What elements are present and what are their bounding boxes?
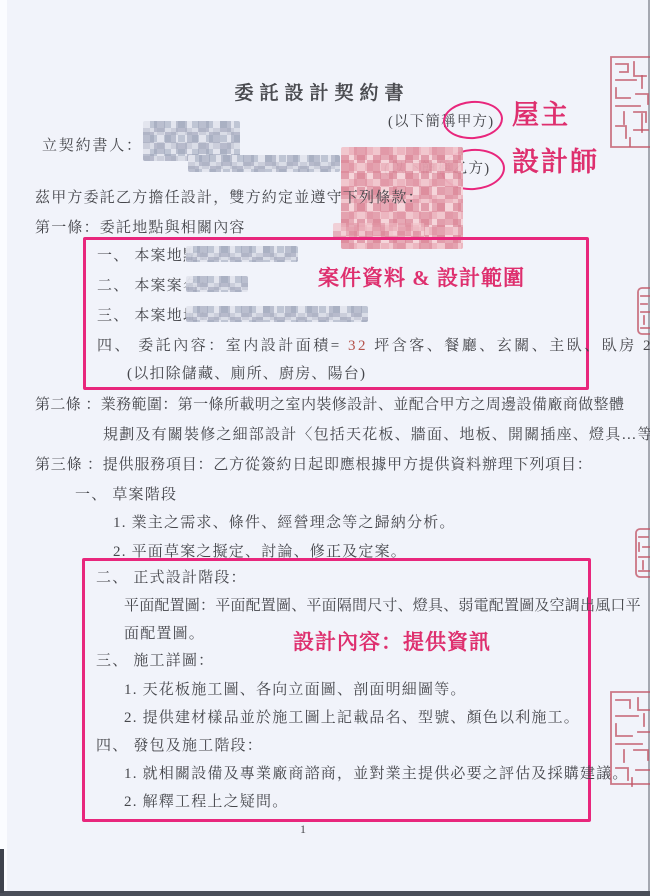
clause2-line1: 第二條 ：業務範圍：第一條所載明之室内裝修設計、並配合甲方之周邊設備廠商做整體 — [35, 396, 624, 415]
clause3-line1: 第三條 ：提供服務項目：乙方從簽約日起即應根據甲方提供資料辦理下列項目： — [35, 456, 593, 475]
clause3-stage3-item1: 1. 天花板施工圖、各向立面圖、剖面明細圖等。 — [124, 681, 467, 700]
party-b-handwritten-note: 設計師 — [512, 146, 599, 180]
redacted-case-name-mosaic — [186, 276, 248, 292]
redacted-address-mosaic — [186, 306, 368, 322]
contractor-label: 立契約書人： — [42, 137, 143, 156]
clause3-stage3-item2: 2. 提供建材樣品並於施工圖上記載品名、型號、顏色以利施工。 — [124, 709, 580, 728]
seal-stamp-icon — [634, 527, 650, 579]
page-number: 1 — [300, 822, 306, 837]
scan-bottom-edge — [0, 891, 650, 896]
area-number: 32 — [348, 338, 368, 354]
seal-stamp-icon — [606, 54, 650, 150]
clause1-item4: 四、 委託內容：室内設計面積= 32 坪含客、餐廳、玄關、主臥、臥房 2 間、 — [97, 337, 650, 356]
clause1-item4-prefix: 四、 委託內容：室内設計面積= — [97, 338, 348, 354]
redacted-seal-fragment-mosaic — [333, 223, 425, 238]
clause1-item4-cont: (以扣除儲藏、廁所、廚房、陽台) — [127, 365, 366, 384]
seal-stamp-icon — [636, 286, 650, 336]
clause3-stage2-line1: 平面配置圖：平面配置圖、平面隔間尺寸、燈具、弱電配置圖及空調出風口平 — [124, 597, 641, 616]
annotation-case-info: 案件資料 & 設計範圍 — [318, 265, 525, 291]
clause3-stage4-item2: 2. 解釋工程上之疑問。 — [124, 793, 288, 812]
seal-stamp-icon — [607, 688, 650, 788]
annotation-design-content: 設計內容：提供資訊 — [293, 629, 491, 655]
clause3-stage1-item1: 1. 業主之需求、條件、經營理念等之歸納分析。 — [113, 514, 456, 533]
clause1-item4-suffix: 坪含客、餐廳、玄關、主臥、臥房 2 間、 — [368, 338, 650, 354]
clause3-stage1-title: 一、 草案階段 — [75, 486, 177, 505]
scan-corner-notch — [0, 849, 4, 893]
redacted-company-mosaic — [188, 155, 340, 172]
clause3-stage3-title: 三、 施工詳圖： — [96, 652, 214, 671]
clause1-heading: 第一條：委託地點與相關內容 — [35, 219, 246, 238]
redacted-location-mosaic — [186, 246, 298, 262]
clause3-stage2-line2: 面配置圖。 — [124, 625, 205, 644]
clause2-line2: 規劃及有關裝修之細部設計〈包括天花板、牆面、地板、開關插座、燈具…等〉 — [103, 426, 650, 445]
party-a-handwritten-note: 屋主 — [512, 99, 570, 133]
clause3-stage4-item1: 1. 就相關設備及專業廠商諮商，並對業主提供必要之評估及採購建議。 — [124, 765, 629, 784]
scanned-contract-page: 委託設計契約書 (以下簡稱甲方) 屋主 立契約書人： (以下簡稱乙方) 設計師 … — [0, 0, 650, 896]
preamble-line: 茲甲方委託乙方擔任設計，雙方約定並遵守下列條款： — [35, 189, 424, 208]
scan-left-edge — [0, 0, 7, 896]
clause3-stage2-title: 二、 正式設計階段： — [96, 569, 247, 588]
clause3-stage4-title: 四、 發包及施工階段： — [96, 737, 263, 756]
